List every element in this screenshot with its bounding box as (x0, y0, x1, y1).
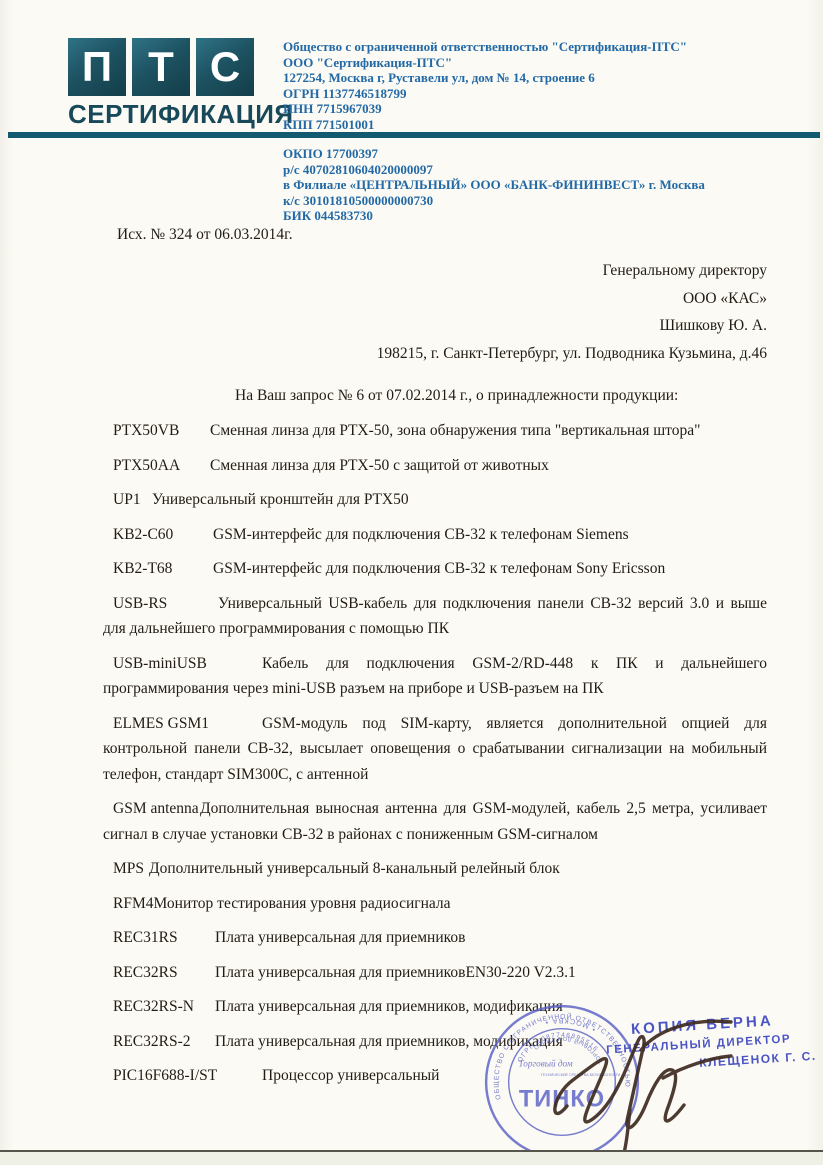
product-code: GSM antenna (113, 796, 200, 822)
product-item: UP1Универсальный кронштейн для PTX50 (103, 487, 767, 513)
product-code: ELMES GSM1 (113, 711, 262, 737)
bank-account: р/с 40702810604020000097 (283, 162, 705, 178)
product-description: Дополнительная выносная антенна для GSM-… (103, 800, 767, 843)
company-full-name: Общество с ограниченной ответственностью… (283, 39, 687, 55)
bank-corr-account: к/с 30101810500000000730 (283, 193, 705, 209)
product-code: PTX50VB (113, 418, 210, 444)
logo-letter-s: С (196, 38, 254, 96)
product-code: RFM4 (113, 891, 154, 917)
product-code: USB-miniUSB (113, 651, 262, 677)
recipient-title: Генеральному директору (103, 257, 767, 285)
product-item: REC31RSПлата универсальная для приемнико… (103, 925, 767, 951)
product-description: GSM-интерфейс для подключения СВ-32 к те… (213, 560, 665, 577)
outgoing-ref-line: Исх. № 324 от 06.03.2014г. (103, 222, 767, 248)
product-item: PTX50AAСменная линза для PTX-50 с защито… (103, 453, 767, 479)
product-code: UP1 (113, 487, 152, 513)
recipient-address: 198215, г. Санкт-Петербург, ул. Подводни… (103, 340, 767, 368)
product-description: Монитор тестирования уровня радиосигнала (154, 895, 451, 912)
company-kpp: КПП 771501001 (283, 117, 687, 133)
header-divider (8, 132, 820, 138)
product-description: Дополнительный универсальный 8-канальный… (149, 860, 560, 877)
company-logo: П Т С СЕРТИФИКАЦИЯ (68, 38, 294, 130)
product-code: PIC16F688-I/ST (113, 1063, 262, 1089)
product-code: KB2-T68 (113, 556, 213, 582)
product-item: PTX50VBСменная линза для PTX-50, зона об… (103, 418, 767, 444)
company-short-name: ООО "Сертификация-ПТС" (283, 55, 687, 71)
product-item: GSM antennaДополнительная выносная антен… (103, 796, 767, 847)
product-description: Плата универсальная для приемников (215, 929, 465, 946)
product-description: Сменная линза для PTX-50, зона обнаружен… (210, 422, 700, 439)
recipient-block: Генеральному директору ООО «КАС» Шишкову… (103, 257, 767, 367)
product-item: REC32RSПлата универсальная для приемнико… (103, 960, 767, 986)
product-code: REC32RS-2 (113, 1029, 215, 1055)
company-inn: ИНН 7715967039 (283, 101, 687, 117)
product-item: USB-miniUSBКабель для подключения GSM-2/… (103, 651, 767, 702)
intro-line: На Ваш запрос № 6 от 07.02.2014 г., о пр… (103, 383, 767, 409)
product-description: Сменная линза для PTX-50 с защитой от жи… (210, 457, 549, 474)
recipient-person: Шишкову Ю. А. (103, 312, 767, 340)
product-item: KB2-C60GSM-интерфейс для подключения СВ-… (103, 522, 767, 548)
logo-subtitle: СЕРТИФИКАЦИЯ (68, 99, 294, 130)
logo-letter-p: П (68, 38, 126, 96)
product-code: PTX50AA (113, 453, 210, 479)
product-code: KB2-C60 (113, 522, 213, 548)
product-description: Универсальный кронштейн для PTX50 (152, 491, 409, 508)
handwritten-signature (545, 1008, 760, 1165)
product-item: RFM4Монитор тестирования уровня радиосиг… (103, 891, 767, 917)
logo-letter-t: Т (132, 38, 190, 96)
product-item: MPSДополнительный универсальный 8-каналь… (103, 856, 767, 882)
bank-requisites: ОКПО 17700397 р/с 40702810604020000097 в… (283, 146, 705, 224)
company-okpo: ОКПО 17700397 (283, 146, 705, 162)
company-requisites: Общество с ограниченной ответственностью… (283, 39, 687, 132)
letter-body: Исх. № 324 от 06.03.2014г. Генеральному … (103, 222, 767, 1089)
recipient-company: ООО «КАС» (103, 285, 767, 313)
scanned-letter-page: П Т С СЕРТИФИКАЦИЯ Общество с ограниченн… (0, 0, 823, 1165)
product-list: PTX50VBСменная линза для PTX-50, зона об… (103, 418, 767, 1089)
product-code: REC31RS (113, 925, 215, 951)
bank-name: в Филиале «ЦЕНТРАЛЬНЫЙ» ООО «БАНК-ФИНИНВ… (283, 177, 705, 193)
product-code: REC32RS (113, 960, 215, 986)
scan-edge-margin (0, 1152, 823, 1165)
product-code: REC32RS-N (113, 994, 215, 1020)
product-item: ELMES GSM1GSM-модуль под SIM-карту, явля… (103, 711, 767, 788)
company-address: 127254, Москва г, Руставели ул, дом № 14… (283, 70, 687, 86)
product-description: Процессор универсальный (262, 1067, 439, 1084)
product-item: KB2-T68GSM-интерфейс для подключения СВ-… (103, 556, 767, 582)
product-item: USB-RSУниверсальный USB-кабель для подкл… (103, 591, 767, 642)
company-ogrn: ОГРН 1137746518799 (283, 86, 687, 102)
product-description: Плата универсальная для приемниковEN30-2… (215, 964, 576, 981)
product-code: USB-RS (113, 591, 218, 617)
logo-squares: П Т С (68, 38, 294, 96)
product-code: MPS (113, 856, 149, 882)
product-description: GSM-интерфейс для подключения СВ-32 к те… (213, 526, 629, 543)
